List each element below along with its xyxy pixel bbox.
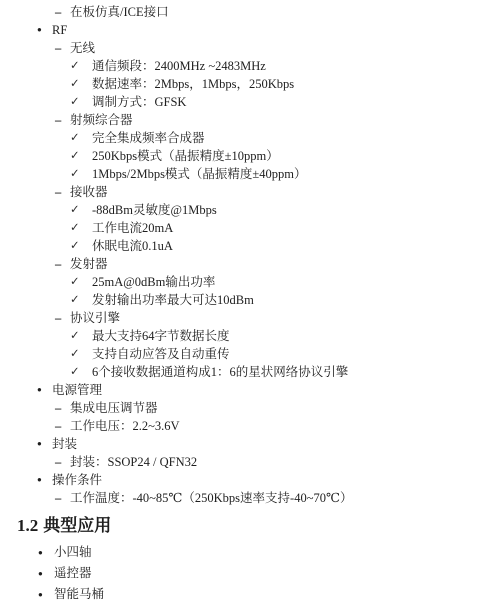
check-icon: ✓ <box>70 57 80 75</box>
feature-item: –封装：SSOP24 / QFN32 <box>0 453 479 471</box>
feature-item-label: 封装：SSOP24 / QFN32 <box>0 453 479 471</box>
feature-item: ●电源管理 <box>0 381 479 399</box>
application-item: ●智能马桶 <box>0 584 479 600</box>
dash-icon: – <box>55 309 61 327</box>
dash-icon: – <box>55 417 61 435</box>
section-title: 典型应用 <box>43 516 111 535</box>
feature-item-label: 工作电压：2.2~3.6V <box>0 417 479 435</box>
feature-item-label: RF <box>0 21 479 39</box>
feature-item-label: 发射器 <box>0 255 479 273</box>
check-icon: ✓ <box>70 93 80 111</box>
feature-item: –工作电压：2.2~3.6V <box>0 417 479 435</box>
feature-item: ✓休眠电流0.1uA <box>0 237 479 255</box>
feature-item: –无线 <box>0 39 479 57</box>
application-item: ●小四轴 <box>0 542 479 563</box>
feature-item-label: 工作温度：-40~85℃（250Kbps速率支持-40~70℃） <box>0 489 479 507</box>
check-icon: ✓ <box>70 273 80 291</box>
datasheet-page: –在板仿真/ICE接口●RF–无线✓通信频段：2400MHz ~2483MHz✓… <box>0 0 479 600</box>
feature-item-label: 电源管理 <box>0 381 479 399</box>
feature-item-label: 接收器 <box>0 183 479 201</box>
check-icon: ✓ <box>70 201 80 219</box>
check-icon: ✓ <box>70 75 80 93</box>
feature-item: –射频综合器 <box>0 111 479 129</box>
feature-item-label: 无线 <box>0 39 479 57</box>
section-heading: 1.2典型应用 <box>0 514 479 537</box>
applications-list: ●小四轴●遥控器●智能马桶 <box>0 542 479 600</box>
feature-item: –发射器 <box>0 255 479 273</box>
feature-item: ●RF <box>0 21 479 39</box>
bullet-icon: ● <box>37 435 42 453</box>
section-number: 1.2 <box>17 516 38 535</box>
bullet-icon: ● <box>38 584 43 600</box>
application-item: ●遥控器 <box>0 563 479 584</box>
feature-item: ●封装 <box>0 435 479 453</box>
bullet-icon: ● <box>38 542 43 563</box>
bullet-icon: ● <box>37 471 42 489</box>
bullet-icon: ● <box>37 21 42 39</box>
feature-item-label: 射频综合器 <box>0 111 479 129</box>
dash-icon: – <box>55 399 61 417</box>
check-icon: ✓ <box>70 219 80 237</box>
check-icon: ✓ <box>70 165 80 183</box>
check-icon: ✓ <box>70 147 80 165</box>
feature-item: ✓1Mbps/2Mbps模式（晶振精度±40ppm） <box>0 165 479 183</box>
feature-item: ✓完全集成频率合成器 <box>0 129 479 147</box>
feature-item-label: 集成电压调节器 <box>0 399 479 417</box>
check-icon: ✓ <box>70 291 80 309</box>
check-icon: ✓ <box>70 345 80 363</box>
dash-icon: – <box>55 183 61 201</box>
feature-item: ✓支持自动应答及自动重传 <box>0 345 479 363</box>
feature-item-label: 在板仿真/ICE接口 <box>0 3 479 21</box>
feature-item: ✓250Kbps模式（晶振精度±10ppm） <box>0 147 479 165</box>
dash-icon: – <box>55 489 61 507</box>
dash-icon: – <box>55 39 61 57</box>
feature-item: –工作温度：-40~85℃（250Kbps速率支持-40~70℃） <box>0 489 479 507</box>
application-item-label: 智能马桶 <box>0 584 479 600</box>
application-item-label: 遥控器 <box>0 563 479 584</box>
dash-icon: – <box>55 255 61 273</box>
feature-item-label: 协议引擎 <box>0 309 479 327</box>
feature-item: ✓工作电流20mA <box>0 219 479 237</box>
feature-item: ✓6个接收数据通道构成1：6的星状网络协议引擎 <box>0 363 479 381</box>
check-icon: ✓ <box>70 363 80 381</box>
feature-item: ✓数据速率：2Mbps，1Mbps，250Kbps <box>0 75 479 93</box>
dash-icon: – <box>55 453 61 471</box>
feature-item: –协议引擎 <box>0 309 479 327</box>
feature-list: –在板仿真/ICE接口●RF–无线✓通信频段：2400MHz ~2483MHz✓… <box>0 3 479 507</box>
feature-item-label: 操作条件 <box>0 471 479 489</box>
check-icon: ✓ <box>70 327 80 345</box>
check-icon: ✓ <box>70 237 80 255</box>
bullet-icon: ● <box>37 381 42 399</box>
feature-item: ✓调制方式：GFSK <box>0 93 479 111</box>
feature-item: ✓最大支持64字节数据长度 <box>0 327 479 345</box>
feature-item: ✓发射输出功率最大可达10dBm <box>0 291 479 309</box>
feature-item: –在板仿真/ICE接口 <box>0 3 479 21</box>
feature-item: –接收器 <box>0 183 479 201</box>
dash-icon: – <box>55 111 61 129</box>
feature-item: ✓-88dBm灵敏度@1Mbps <box>0 201 479 219</box>
application-item-label: 小四轴 <box>0 542 479 563</box>
check-icon: ✓ <box>70 129 80 147</box>
feature-item: –集成电压调节器 <box>0 399 479 417</box>
feature-item-label: 封装 <box>0 435 479 453</box>
feature-item: ✓通信频段：2400MHz ~2483MHz <box>0 57 479 75</box>
bullet-icon: ● <box>38 563 43 584</box>
dash-icon: – <box>55 3 61 21</box>
feature-item: ✓25mA@0dBm输出功率 <box>0 273 479 291</box>
feature-item: ●操作条件 <box>0 471 479 489</box>
